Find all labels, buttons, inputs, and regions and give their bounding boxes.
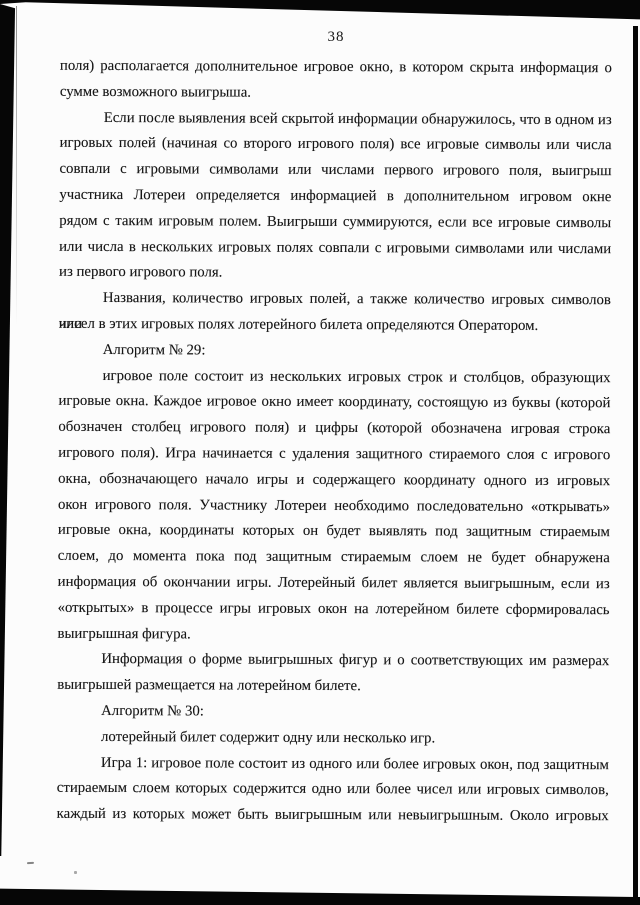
text-line: обозначен столбец игрового поля) и цифры… xyxy=(58,415,610,443)
text-line: игровые окна. Каждое игровое окно имеет … xyxy=(58,389,610,417)
text-line: окон игрового поля. Участнику Лотереи не… xyxy=(58,492,610,520)
text-line: чисел в этих игровых полях лотерейного б… xyxy=(59,312,611,340)
scan-speck xyxy=(74,871,77,874)
text-line: «открытых» в процессе игры игровых окон … xyxy=(58,596,610,624)
paragraph: поля) располагается дополнительное игров… xyxy=(60,54,612,108)
scan-speck xyxy=(27,862,34,864)
text-line: Игра 1: игровое поле состоит из одного и… xyxy=(57,750,609,778)
scan-edge-left xyxy=(0,4,16,856)
text-line: Если после выявления всей скрытой информ… xyxy=(60,105,612,133)
text-line: или числа в нескольких игровых полях сов… xyxy=(59,234,611,262)
paragraph: Алгоритм № 29: xyxy=(59,338,611,366)
text-line: Названия, количество игровых полей, а та… xyxy=(59,286,611,314)
paragraph: Названия, количество игровых полей, а та… xyxy=(59,286,611,340)
page-number: 38 xyxy=(60,29,612,46)
text-line: Алгоритм № 30: xyxy=(57,699,609,727)
scan-edge-right xyxy=(633,26,638,905)
text-line: игровые окна, координаты которых он буде… xyxy=(58,518,610,546)
text-line: сумме возможного выигрыша. xyxy=(60,80,612,108)
text-line: из первого игрового поля. xyxy=(59,260,611,288)
text-line: совпали с игровыми символами или числами… xyxy=(59,157,611,185)
text-line: игрового поля). Игра начинается с удален… xyxy=(58,441,610,469)
text-line: игровых полей (начиная со второго игрово… xyxy=(60,131,612,159)
paragraph: игровое поле состоит из нескольких игров… xyxy=(57,363,610,649)
text-line: рядом с таким игровым полем. Выигрыши су… xyxy=(59,209,611,237)
paragraph: Информация о форме выигрышных фигур и о … xyxy=(57,647,609,701)
document-body: поля) располагается дополнительное игров… xyxy=(57,54,612,830)
text-line: Алгоритм № 29: xyxy=(59,338,611,366)
text-line: выигрышей размещается на лотерейном биле… xyxy=(57,673,609,701)
text-line: выигрышная фигура. xyxy=(57,621,609,649)
scan-edge-top xyxy=(0,0,640,22)
text-line: информация об окончании игры. Лотерейный… xyxy=(58,570,610,598)
paragraph: Игра 1: игровое поле состоит из одного и… xyxy=(57,750,609,830)
text-line: каждый из которых может быть выигрышным … xyxy=(57,802,609,830)
paragraph: Алгоритм № 30: xyxy=(57,699,609,727)
scan-edge-left-shadow xyxy=(16,6,17,326)
scanned-page: 38 поля) располагается дополнительное иг… xyxy=(0,0,640,905)
text-line: лотерейный билет содержит одну или неско… xyxy=(57,725,609,753)
text-line: Информация о форме выигрышных фигур и о … xyxy=(57,647,609,675)
paragraph: лотерейный билет содержит одну или неско… xyxy=(57,725,609,753)
text-line: стираемым слоем которых содержится одно … xyxy=(57,776,609,804)
text-line: игровое поле состоит из нескольких игров… xyxy=(59,363,611,391)
text-line: участника Лотереи определяется информаци… xyxy=(59,183,611,211)
text-line: поля) располагается дополнительное игров… xyxy=(60,54,612,82)
text-line: окна, обозначающего начало игры и содерж… xyxy=(58,467,610,495)
paragraph: Если после выявления всей скрытой информ… xyxy=(59,105,612,288)
scan-edge-bottom xyxy=(0,886,640,905)
text-line: слоем, до момента пока под защитным стир… xyxy=(58,544,610,572)
